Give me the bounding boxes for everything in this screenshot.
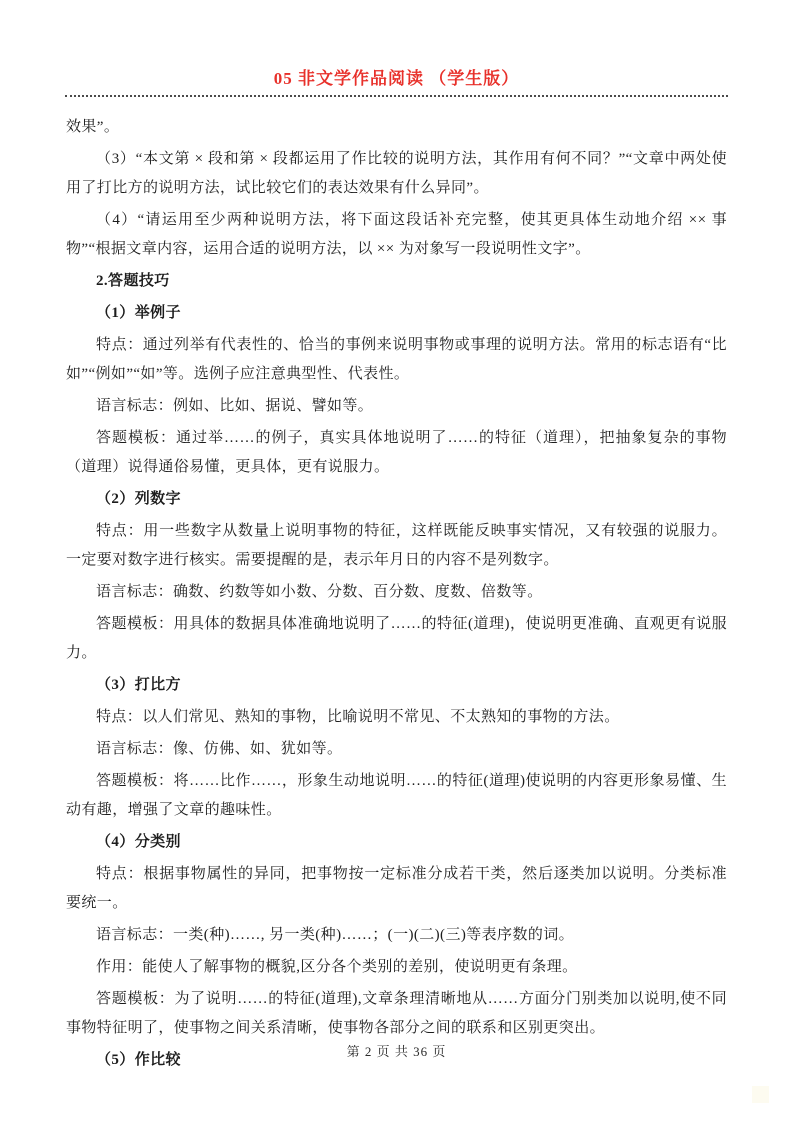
body-paragraph: 语言标志：像、仿佛、如、犹如等。: [66, 735, 727, 764]
section-heading: （3）打比方: [66, 671, 727, 700]
body-paragraph: 答题模板：通过举……的例子，真实具体地说明了……的特征（道理），把抽象复杂的事物…: [66, 424, 727, 482]
section-heading: （1）举例子: [66, 299, 727, 328]
header-divider: [65, 95, 728, 97]
body-paragraph: 语言标志：一类(种)……, 另一类(种)……；(一)(二)(三)等表序数的词。: [66, 921, 727, 950]
body-paragraph: 语言标志：确数、约数等如小数、分数、百分数、度数、倍数等。: [66, 578, 727, 607]
body-paragraph: 语言标志：例如、比如、据说、譬如等。: [66, 392, 727, 421]
body-paragraph: 效果”。: [66, 113, 727, 142]
body-paragraph: 答题模板：为了说明……的特征(道理),文章条理清晰地从……方面分门别类加以说明,…: [66, 985, 727, 1043]
document-body: 效果”。 （3）“本文第 × 段和第 × 段都运用了作比较的说明方法，其作用有何…: [66, 113, 727, 1075]
body-paragraph: 答题模板：将……比作……，形象生动地说明……的特征(道理)使说明的内容更形象易懂…: [66, 767, 727, 825]
page-header: 05 非文学作品阅读 （学生版）: [0, 0, 793, 97]
body-paragraph: 特点：通过列举有代表性的、恰当的事例来说明事物或事理的说明方法。常用的标志语有“…: [66, 331, 727, 389]
document-page: 05 非文学作品阅读 （学生版） 效果”。 （3）“本文第 × 段和第 × 段都…: [0, 0, 793, 1122]
body-paragraph: 特点：根据事物属性的异同，把事物按一定标准分成若干类，然后逐类加以说明。分类标准…: [66, 860, 727, 918]
body-paragraph: （4）“请运用至少两种说明方法，将下面这段话补充完整，使其更具体生动地介绍 ××…: [66, 206, 727, 264]
body-paragraph: 作用：能使人了解事物的概貌,区分各个类别的差别，使说明更有条理。: [66, 953, 727, 982]
body-paragraph: 特点：以人们常见、熟知的事物，比喻说明不常见、不太熟知的事物的方法。: [66, 703, 727, 732]
body-paragraph: 答题模板：用具体的数据具体准确地说明了……的特征(道理)，使说明更准确、直观更有…: [66, 610, 727, 668]
page-title: 05 非文学作品阅读 （学生版）: [0, 68, 793, 90]
watermark-spot: [752, 1086, 769, 1103]
page-footer: 第 2 页 共 36 页: [0, 1041, 793, 1060]
section-heading: 2.答题技巧: [66, 267, 727, 296]
section-heading: （4）分类别: [66, 828, 727, 857]
section-heading: （2）列数字: [66, 485, 727, 514]
body-paragraph: 特点：用一些数字从数量上说明事物的特征，这样既能反映事实情况，又有较强的说服力。…: [66, 517, 727, 575]
body-paragraph: （3）“本文第 × 段和第 × 段都运用了作比较的说明方法，其作用有何不同？”“…: [66, 145, 727, 203]
